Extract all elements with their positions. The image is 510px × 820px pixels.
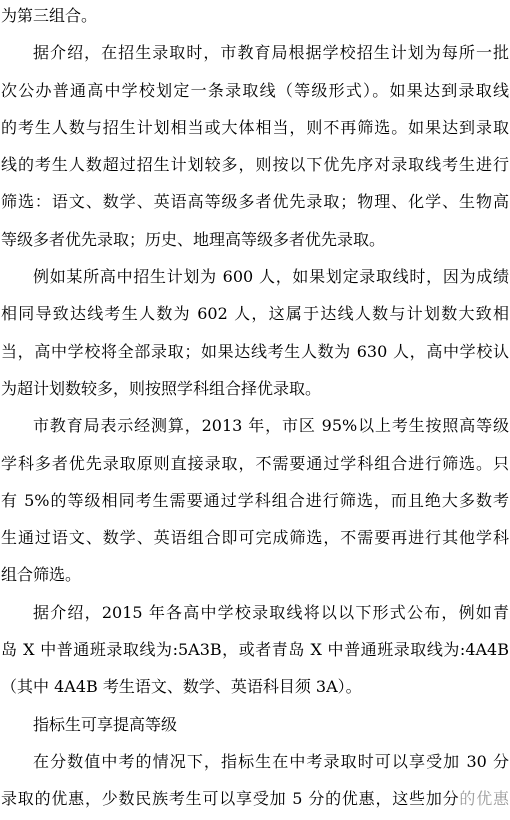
line-text: （其中 4A4B 考生语文、数学、英语科目须 3A）。 (1, 677, 362, 696)
text-line: 学科多者优先录取原则直接录取，不需要通过学科组合进行筛选。只 (1, 445, 509, 482)
text-line: 为超计划数较多，则按照学科组合择优录取。 (1, 370, 509, 407)
line-text: 组合筛选。 (1, 565, 81, 584)
line-text: 筛选：语文、数学、英语高等级多者优先录取；物理、化学、生物高 (1, 192, 509, 211)
line-text: 生通过语文、数学、英语组合即可完成筛选，不需要再进行其他学科 (1, 528, 509, 547)
text-line: 生通过语文、数学、英语组合即可完成筛选，不需要再进行其他学科 (1, 519, 509, 556)
line-text: 为超计划数较多，则按照学科组合择优录取。 (1, 379, 321, 398)
text-line: 的考生人数与招生计划相当或大体相当，则不再筛选。如果达到录取 (1, 109, 509, 146)
text-line: 有 5%的等级相同考生需要通过学科组合进行筛选，而且绝大多数考 (1, 482, 509, 519)
line-text: 录取的优惠，少数民族考生可以享受加 5 分的优惠，这些加分 (1, 789, 459, 808)
text-line: 指标生可享提高等级 (1, 706, 509, 743)
line-text: 例如某所高中招生计划为 600 人，如果划定录取线时，因为成绩 (33, 267, 509, 286)
line-text: 线的考生人数超过招生计划较多，则按以下优先序对录取线考生进行 (1, 155, 509, 174)
line-text-faded: 的优惠 (459, 789, 509, 808)
text-line: 市教育局表示经测算，2013 年，市区 95%以上考生按照高等级 (1, 407, 509, 444)
line-text: 有 5%的等级相同考生需要通过学科组合进行筛选，而且绝大多数考 (1, 491, 509, 510)
text-line: 据介绍，在招生录取时，市教育局根据学校招生计划为每所一批 (1, 34, 509, 71)
text-line: 相同导致达线考生人数为 602 人，这属于达线人数与计划数大致相 (1, 295, 509, 332)
line-text: 据介绍，在招生录取时，市教育局根据学校招生计划为每所一批 (33, 43, 509, 62)
article-body: 为第三组合。 据介绍，在招生录取时，市教育局根据学校招生计划为每所一批 次公办普… (0, 0, 510, 818)
line-text: 市教育局表示经测算，2013 年，市区 95%以上考生按照高等级 (33, 416, 509, 435)
line-text: 在分数值中考的情况下，指标生在中考录取时可以享受加 30 分 (33, 752, 509, 771)
text-line: 筛选：语文、数学、英语高等级多者优先录取；物理、化学、生物高 (1, 183, 509, 220)
text-line: 次公办普通高中学校划定一条录取线（等级形式）。如果达到录取线 (1, 72, 509, 109)
line-text: 的考生人数与招生计划相当或大体相当，则不再筛选。如果达到录取 (1, 118, 509, 137)
line-text: 为第三组合。 (1, 6, 97, 25)
text-line: 当，高中学校将全部录取；如果达线考生人数为 630 人，高中学校认 (1, 333, 509, 370)
line-text: 指标生可享提高等级 (33, 715, 177, 734)
text-line: （其中 4A4B 考生语文、数学、英语科目须 3A）。 (1, 668, 509, 705)
text-line: 据介绍，2015 年各高中学校录取线将以以下形式公布，例如青 (1, 594, 509, 631)
text-line: 线的考生人数超过招生计划较多，则按以下优先序对录取线考生进行 (1, 146, 509, 183)
line-text: 学科多者优先录取原则直接录取，不需要通过学科组合进行筛选。只 (1, 454, 509, 473)
line-text: 岛 X 中普通班录取线为:5A3B，或者青岛 X 中普通班录取线为:4A4B (1, 640, 509, 659)
text-line: 等级多者优先录取；历史、地理高等级多者优先录取。 (1, 221, 509, 258)
line-text: 据介绍，2015 年各高中学校录取线将以以下形式公布，例如青 (33, 603, 509, 622)
line-text: 次公办普通高中学校划定一条录取线（等级形式）。如果达到录取线 (1, 81, 509, 100)
text-line: 岛 X 中普通班录取线为:5A3B，或者青岛 X 中普通班录取线为:4A4B (1, 631, 509, 668)
line-text: 当，高中学校将全部录取；如果达线考生人数为 630 人，高中学校认 (1, 342, 509, 361)
text-line: 组合筛选。 (1, 556, 509, 593)
text-line: 为第三组合。 (1, 0, 509, 34)
text-line: 在分数值中考的情况下，指标生在中考录取时可以享受加 30 分 (1, 743, 509, 780)
text-line: 例如某所高中招生计划为 600 人，如果划定录取线时，因为成绩 (1, 258, 509, 295)
line-text: 相同导致达线考生人数为 602 人，这属于达线人数与计划数大致相 (1, 304, 509, 323)
text-line: 录取的优惠，少数民族考生可以享受加 5 分的优惠，这些加分的优惠 (1, 780, 509, 817)
line-text: 等级多者优先录取；历史、地理高等级多者优先录取。 (1, 230, 385, 249)
